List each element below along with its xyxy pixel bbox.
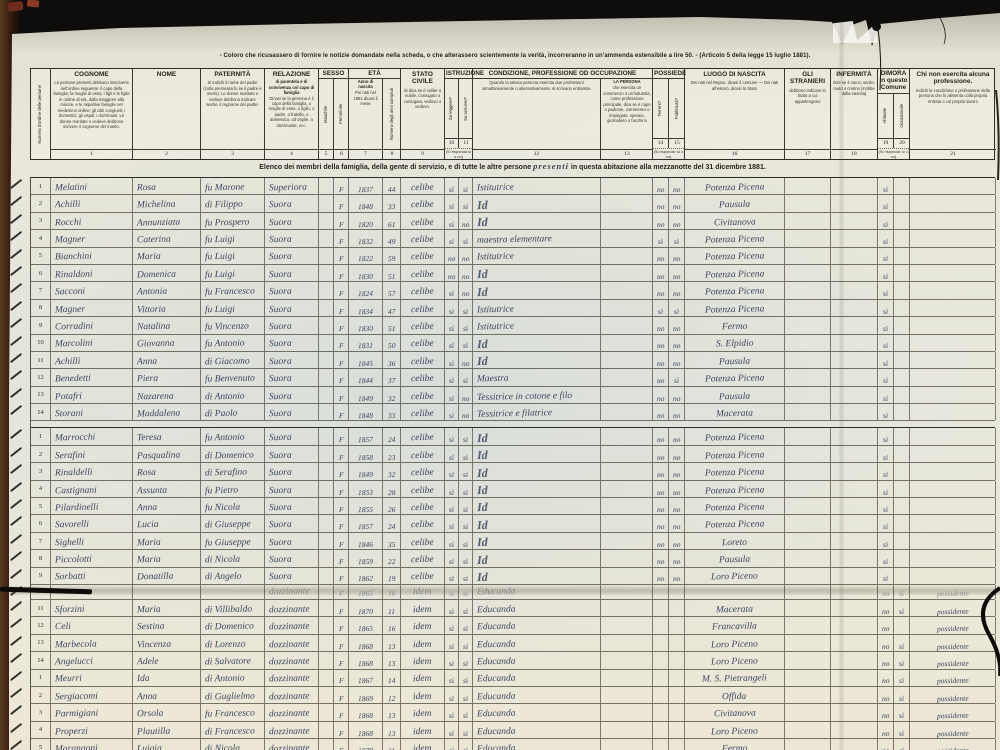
- cell-pers: [601, 282, 653, 298]
- cell-stato: celibe: [401, 300, 445, 316]
- handwritten-entry: no: [657, 360, 665, 369]
- cell-chinon: [910, 265, 996, 281]
- handwritten-entry: no: [673, 395, 681, 404]
- handwritten-entry: sì: [463, 238, 468, 247]
- cell-stato: idem: [401, 652, 445, 668]
- cell-scr: sì: [459, 635, 473, 651]
- cell-ter: no: [653, 213, 669, 229]
- cell-ter: no: [653, 498, 669, 514]
- cell-oc: [894, 248, 910, 264]
- cell-cognome: Storani: [51, 404, 133, 420]
- handwritten-entry: Id: [477, 571, 488, 584]
- handwritten-entry: Id: [477, 519, 488, 532]
- cell-scr: sì: [459, 533, 473, 549]
- handwritten-entry: sì: [449, 342, 454, 351]
- handwritten-entry: fu Benvenuto: [205, 375, 255, 387]
- cell-fab: no: [669, 428, 685, 444]
- cell-nome: Anna: [133, 498, 201, 514]
- cell-sf: F: [334, 687, 349, 703]
- cell-stran: [785, 248, 831, 264]
- handwritten-entry: 1868: [358, 712, 373, 721]
- cell-scr: sì: [459, 617, 473, 633]
- cell-cognome: Pilardinelli: [51, 498, 133, 514]
- cell-stato: celibe: [401, 335, 445, 351]
- cell-relazione: Suora: [265, 300, 319, 316]
- cell-nome: Maddalena: [133, 404, 201, 420]
- census-row: 5MarangoniLuigiadi NicoladozzinanteF1870…: [31, 739, 995, 750]
- cell-stato: idem: [401, 687, 445, 703]
- cell-sm: [319, 387, 334, 403]
- handwritten-entry: di Francesco: [205, 727, 255, 739]
- census-row: 14AngelucciAdeledi SalvatoredozzinanteF1…: [31, 652, 995, 669]
- handwritten-entry: sì: [899, 695, 904, 704]
- cell-oc: [894, 481, 910, 497]
- cell-nome: Maria: [133, 533, 201, 549]
- handwritten-entry: Nazarena: [137, 392, 174, 403]
- cell-relazione: dozzinante: [265, 600, 319, 616]
- census-form-paper: - Coloro che ricusassero di fornire le n…: [0, 0, 1000, 750]
- cell-cognome: Potafri: [51, 387, 133, 403]
- handwritten-entry: sì: [883, 290, 888, 299]
- group-subcolumns: Maschile5Femminile6: [319, 79, 348, 159]
- cell-nome: Maria: [133, 600, 201, 616]
- cell-cognome: Magner: [51, 300, 133, 316]
- header-group-condizione: CONDIZIONE, PROFESSIONE OD OCCUPAZIONEQu…: [473, 69, 653, 159]
- cell-num: 4: [31, 722, 51, 738]
- handwritten-entry: Orsola: [137, 710, 164, 721]
- margin-checkmark: [10, 740, 22, 750]
- cell-anni: 28: [383, 481, 401, 497]
- column-number: 4: [265, 149, 318, 159]
- cell-stato: celibe: [401, 317, 445, 333]
- cell-stran: [785, 300, 831, 316]
- handwritten-entry: possidente: [937, 677, 969, 686]
- handwritten-entry: sì: [463, 471, 468, 480]
- cell-oc: [894, 498, 910, 514]
- handwritten-entry: Anna: [137, 358, 157, 369]
- cell-stran: [785, 515, 831, 531]
- column-number: 11: [459, 138, 473, 148]
- handwritten-entry: Tessitrice in cotone e filo: [477, 392, 572, 404]
- cell-fab: sì: [669, 300, 685, 316]
- cell-chinon: possidente: [910, 617, 996, 633]
- handwritten-entry: Id: [477, 268, 488, 281]
- cell-fab: [669, 704, 685, 720]
- handwritten-entry: celibe: [411, 434, 434, 445]
- handwritten-entry: sì: [449, 506, 454, 515]
- cell-anno: 1822: [349, 248, 383, 264]
- handwritten-entry: Rosa: [137, 469, 156, 480]
- cell-pers: [601, 687, 653, 703]
- census-row: 2SergiacomiAnnadi GuglielmodozzinanteF18…: [31, 687, 995, 704]
- census-row: 9CorradiniNatalinafu VincenzoSuoraF18305…: [31, 317, 995, 334]
- table-header: Numero d'ordine delle personeCOGNOMELe p…: [30, 68, 995, 160]
- cell-cognome: Sorbatti: [51, 568, 133, 584]
- handwritten-entry: sì: [883, 471, 888, 480]
- cell-scr: no: [459, 213, 473, 229]
- cell-relazione: dozzinante: [265, 617, 319, 633]
- cell-scr: sì: [459, 178, 473, 194]
- handwritten-entry: Offida: [722, 693, 746, 704]
- handwritten-entry: sì: [449, 575, 454, 584]
- cell-ab: sì: [878, 463, 894, 479]
- cell-pers: [601, 498, 653, 514]
- cell-ab: no: [878, 652, 894, 668]
- cell-anni: 51: [383, 317, 401, 333]
- handwritten-entry: fu Marone: [205, 183, 245, 194]
- handwritten-entry: Maria: [137, 606, 161, 617]
- handwritten-entry: sì: [449, 730, 454, 739]
- margin-checkmark: [10, 429, 22, 439]
- cell-ter: no: [653, 282, 669, 298]
- cell-fab: no: [669, 463, 685, 479]
- cell-sf: F: [334, 481, 349, 497]
- cell-oc: [894, 550, 910, 566]
- handwritten-entry: Potenza Picena: [705, 503, 765, 515]
- cell-ter: no: [653, 446, 669, 462]
- cell-stran: [785, 704, 831, 720]
- cell-stato: celibe: [401, 446, 445, 462]
- handwritten-entry: celibe: [411, 358, 434, 369]
- cell-paternita: fu Giuseppe: [201, 533, 265, 549]
- cell-scr: sì: [459, 446, 473, 462]
- handwritten-entry: 1857: [358, 523, 373, 532]
- census-row: 13PotafriNazarenadi AntonioSuoraF184932c…: [31, 387, 995, 404]
- handwritten-entry: sì: [658, 238, 663, 247]
- handwritten-entry: no: [448, 255, 456, 264]
- cell-pers: [601, 178, 653, 194]
- cell-nome: Piera: [133, 369, 201, 385]
- cell-sm: [319, 533, 334, 549]
- handwritten-entry: sì: [883, 186, 888, 195]
- census-row: 4ProperziPlautilladi Francescodozzinante…: [31, 722, 995, 739]
- handwritten-entry: no: [673, 575, 681, 584]
- handwritten-entry: Antonia: [137, 288, 167, 299]
- cell-leg: sì: [445, 481, 459, 497]
- margin-checkmark: [10, 464, 22, 474]
- column-label: NOME: [133, 69, 200, 79]
- subcolumn-label: Sa leggere?: [445, 79, 458, 138]
- header-column-cognome: COGNOMELe persone presenti debbono inscr…: [51, 69, 133, 159]
- column-number: 1: [51, 149, 132, 159]
- cell-chinon: [910, 404, 996, 420]
- cell-pers: [601, 617, 653, 633]
- cell-chinon: [910, 481, 996, 497]
- cell-nome: Anna: [133, 352, 201, 368]
- handwritten-entry: no: [657, 395, 665, 404]
- column-description: Si dica se è celibe o nubile, coniugato …: [401, 87, 444, 111]
- cell-ter: [653, 739, 669, 750]
- handwritten-entry: sì: [449, 625, 454, 634]
- handwritten-entry: no: [657, 342, 665, 351]
- cell-nome: Pasqualina: [133, 446, 201, 462]
- cell-cond: Id: [473, 481, 601, 497]
- cell-chinon: [910, 498, 996, 514]
- cell-luogo: Francavilla: [685, 617, 785, 633]
- cell-anni: 24: [383, 515, 401, 531]
- cell-anni: 13: [383, 722, 401, 738]
- handwritten-entry: di Lorenzo: [205, 640, 246, 651]
- handwritten-entry: 28: [388, 488, 396, 497]
- cell-sf: F: [334, 670, 349, 686]
- handwritten-entry: 1834: [358, 307, 373, 316]
- handwritten-entry: celibe: [411, 288, 434, 299]
- header-subcolumn-sf: Femminile6: [334, 79, 349, 159]
- cell-cognome: Celi: [51, 617, 133, 633]
- handwritten-entry: 13: [388, 660, 396, 669]
- cell-stran: [785, 195, 831, 211]
- cell-oc: sì: [894, 600, 910, 616]
- margin-checkmark: [10, 248, 22, 258]
- cell-relazione: dozzinante: [265, 722, 319, 738]
- handwritten-entry: sì: [449, 471, 454, 480]
- handwritten-entry: F: [339, 377, 344, 386]
- handwritten-entry: Properzi: [55, 727, 88, 738]
- handwritten-entry: no: [657, 203, 665, 212]
- handwritten-entry: sì: [463, 342, 468, 351]
- cell-sm: [319, 704, 334, 720]
- handwritten-entry: no: [657, 255, 665, 264]
- cell-stato: idem: [401, 670, 445, 686]
- cell-luogo: Potenza Picena: [685, 369, 785, 385]
- handwritten-entry: di Domenico: [205, 451, 254, 463]
- cell-cognome: Sforzini: [51, 600, 133, 616]
- cell-ter: no: [653, 404, 669, 420]
- cell-stran: [785, 600, 831, 616]
- handwritten-entry: Achilli: [55, 201, 81, 212]
- handwritten-entry: celibe: [411, 452, 434, 463]
- cell-num: 3: [31, 463, 51, 479]
- cell-sm: [319, 404, 334, 420]
- handwritten-entry: Potenza Picena: [705, 183, 765, 195]
- cell-sm: [319, 317, 334, 333]
- cell-anni: 14: [383, 670, 401, 686]
- cell-leg: sì: [445, 722, 459, 738]
- cell-anni: 33: [383, 404, 401, 420]
- cell-ter: [653, 635, 669, 651]
- handwritten-entry: dozzinante: [269, 745, 310, 750]
- handwritten-entry: sì: [463, 377, 468, 386]
- list-title: Elenco dei membri della famiglia, della …: [30, 161, 995, 171]
- cell-cognome: Serafini: [51, 446, 133, 462]
- cell-chinon: [910, 230, 996, 246]
- cell-sf: F: [334, 568, 349, 584]
- cell-scr: sì: [459, 317, 473, 333]
- cell-paternita: fu Prospero: [201, 213, 265, 229]
- handwritten-entry: Fermo: [722, 323, 748, 334]
- cell-anni: 32: [383, 463, 401, 479]
- cell-leg: sì: [445, 230, 459, 246]
- handwritten-entry: sì: [463, 186, 468, 195]
- handwritten-entry: Potenza Picena: [705, 288, 765, 300]
- cell-paternita: fu Antonio: [201, 428, 265, 444]
- cell-ter: sì: [653, 230, 669, 246]
- cell-leg: sì: [445, 652, 459, 668]
- handwritten-entry: Superiora: [269, 183, 307, 194]
- handwritten-entry: Suora: [269, 410, 292, 421]
- subcolumn-label-text: Fabbricati?: [675, 98, 680, 119]
- handwritten-entry: possidente: [937, 642, 969, 651]
- cell-relazione: Suora: [265, 481, 319, 497]
- cell-scr: no: [459, 248, 473, 264]
- handwritten-entry: Id: [477, 449, 488, 462]
- handwritten-entry: Ida: [137, 675, 150, 686]
- cell-fab: no: [669, 387, 685, 403]
- cell-oc: [894, 300, 910, 316]
- cell-stato: celibe: [401, 568, 445, 584]
- handwritten-entry: F: [339, 695, 344, 704]
- cell-luogo: Loreto: [685, 533, 785, 549]
- handwritten-entry: sì: [899, 730, 904, 739]
- handwritten-entry: di Domenico: [205, 623, 254, 635]
- ink-blot: [872, 22, 881, 31]
- handwritten-entry: no: [673, 203, 681, 212]
- cell-oc: [894, 178, 910, 194]
- handwritten-entry: Istitutrice: [477, 323, 514, 334]
- column-label: GLI STRANIERI: [785, 69, 830, 87]
- handwritten-entry: celibe: [411, 323, 434, 334]
- cell-leg: sì: [445, 498, 459, 514]
- handwritten-entry: Istitutrice: [477, 305, 514, 316]
- cell-stran: [785, 635, 831, 651]
- cell-relazione: Suora: [265, 533, 319, 549]
- cell-anno: 1831: [349, 335, 383, 351]
- cell-stran: [785, 317, 831, 333]
- cell-stran: [785, 352, 831, 368]
- handwritten-entry: Suora: [269, 573, 292, 584]
- handwritten-entry: Potenza Picena: [705, 521, 765, 533]
- cell-sm: [319, 248, 334, 264]
- census-row: 3ParmigianiOrsolafu FrancescodozzinanteF…: [31, 704, 995, 721]
- handwritten-entry: Vincenza: [137, 640, 171, 651]
- handwritten-entry: fu Luigi: [205, 253, 235, 264]
- cell-luogo: Potenza Picena: [685, 428, 785, 444]
- cell-sf: F: [334, 600, 349, 616]
- cell-anni: 13: [383, 704, 401, 720]
- handwritten-entry: possidente: [937, 660, 969, 669]
- handwritten-entry: F: [339, 454, 344, 463]
- handwritten-entry: 1831: [358, 342, 373, 351]
- cell-stran: [785, 739, 831, 750]
- census-row: 4CastignaniAssuntafu PietroSuoraF185328c…: [31, 481, 995, 498]
- cell-stran: [785, 463, 831, 479]
- cell-relazione: Suora: [265, 213, 319, 229]
- cell-scr: sì: [459, 568, 473, 584]
- cell-cognome: Benedetti: [51, 369, 133, 385]
- cell-anno: 1862: [349, 568, 383, 584]
- cell-ter: no: [653, 248, 669, 264]
- cell-luogo: Potenza Picena: [685, 498, 785, 514]
- column-description: Dicasi se la persona è il capo della fam…: [265, 95, 318, 130]
- header-column-paternita: PATERNITÀSi indichi il nome del padre (c…: [201, 69, 265, 159]
- cell-anni: 50: [383, 335, 401, 351]
- cell-fab: no: [669, 248, 685, 264]
- handwritten-entry: sì: [883, 255, 888, 264]
- cell-paternita: di Giuseppe: [201, 515, 265, 531]
- handwritten-entry: Macerata: [716, 605, 753, 616]
- cell-sf: F: [334, 550, 349, 566]
- handwritten-entry: celibe: [411, 521, 434, 532]
- census-row: 3RocchiAnnunziatafu ProsperoSuoraF182061…: [31, 213, 995, 230]
- cell-sf: F: [334, 387, 349, 403]
- handwritten-entry: F: [339, 395, 344, 404]
- group-label: ISTRUZIONE: [445, 69, 472, 79]
- cell-ab: sì: [878, 533, 894, 549]
- cell-cognome: Bianchini: [51, 248, 133, 264]
- cell-num: 3: [31, 213, 51, 229]
- handwritten-entry: Maestra: [477, 375, 509, 386]
- cell-cognome: Sacconi: [51, 282, 133, 298]
- handwritten-entry: no: [673, 488, 681, 497]
- handwritten-entry: Michelina: [137, 201, 176, 212]
- cell-anno: 1830: [349, 265, 383, 281]
- subcolumn-label: Femminile: [334, 79, 349, 149]
- handwritten-entry: no: [462, 255, 470, 264]
- cell-ter: no: [653, 178, 669, 194]
- handwritten-entry: Suora: [269, 486, 292, 497]
- cell-luogo: Macerata: [685, 600, 785, 616]
- handwritten-entry: no: [673, 471, 681, 480]
- cell-scr: sì: [459, 369, 473, 385]
- census-row: 4MagnerCaterinafu LuigiSuoraF183249celib…: [31, 230, 995, 247]
- cell-anno: 1858: [349, 446, 383, 462]
- subcolumn-label-text: Occasionale: [900, 104, 905, 128]
- margin-checkmark: [10, 688, 22, 698]
- cell-relazione: Suora: [265, 428, 319, 444]
- handwritten-entry: dozzinante: [269, 710, 310, 721]
- cell-leg: sì: [445, 617, 459, 633]
- cell-cond: Id: [473, 352, 601, 368]
- cell-chinon: possidente: [910, 652, 996, 668]
- handwritten-entry: celibe: [411, 469, 434, 480]
- group-subcolumns: Terreni?14Fabbricati?15: [653, 79, 684, 148]
- cell-anni: 16: [383, 617, 401, 633]
- handwritten-entry: no: [673, 273, 681, 282]
- handwritten-entry: celibe: [411, 556, 434, 567]
- header-subcolumn-oc: Occasionale20: [894, 94, 910, 148]
- cell-anni: 51: [383, 265, 401, 281]
- cell-fab: no: [669, 178, 685, 194]
- handwritten-entry: 11: [388, 608, 395, 617]
- cell-chinon: [910, 550, 996, 566]
- handwritten-entry: sì: [883, 558, 888, 567]
- handwritten-entry: di Nicola: [205, 745, 240, 750]
- cell-fab: [669, 687, 685, 703]
- handwritten-entry: 13: [388, 643, 396, 652]
- handwritten-entry: no: [673, 558, 681, 567]
- handwritten-entry: 49: [388, 238, 396, 247]
- handwritten-entry: sì: [463, 506, 468, 515]
- census-row: 12BenedettiPierafu BenvenutoSuoraF184437…: [31, 369, 995, 386]
- handwritten-entry: 1848: [358, 203, 373, 212]
- handwritten-entry: Lucia: [137, 521, 159, 532]
- cell-anno: 1830: [349, 317, 383, 333]
- handwritten-entry: 1849: [358, 394, 373, 403]
- cell-fab: [669, 670, 685, 686]
- column-number: 12: [473, 149, 600, 159]
- cell-paternita: di Francesco: [201, 722, 265, 738]
- handwritten-entry: no: [882, 660, 890, 669]
- cell-sm: [319, 369, 334, 385]
- handwritten-entry: sì: [899, 712, 904, 721]
- cell-cond: Educanda: [473, 670, 601, 686]
- cell-pers: [601, 387, 653, 403]
- handwritten-entry: 51: [388, 273, 396, 282]
- handwritten-entry: sì: [883, 506, 888, 515]
- cell-num: 9: [31, 317, 51, 333]
- handwritten-entry: F: [339, 221, 344, 230]
- cell-relazione: Suora: [265, 550, 319, 566]
